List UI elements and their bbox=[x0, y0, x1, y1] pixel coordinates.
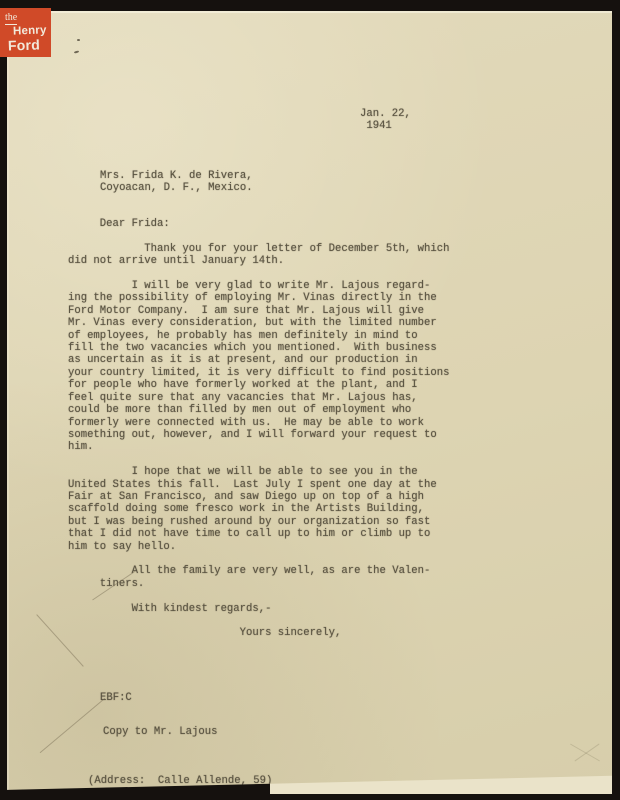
letter-paper: Jan. 22, 1941 Mrs. Frida K. de Rivera, C… bbox=[7, 11, 612, 793]
logo-word-ford: Ford bbox=[8, 36, 40, 53]
logo-word-henry: Henry bbox=[13, 24, 47, 37]
logo-word-the: the bbox=[5, 13, 17, 25]
ink-speck bbox=[77, 39, 80, 41]
recipient-address: Mrs. Frida K. de Rivera, Coyoacan, D. F.… bbox=[100, 170, 253, 195]
copy-notation: Copy to Mr. Lajous bbox=[103, 726, 217, 738]
the-henry-ford-logo: the Henry Ford bbox=[0, 8, 51, 57]
letter-date: Jan. 22, 1941 bbox=[360, 108, 411, 133]
recipient-street-address-note: (Address: Calle Allende, 59) bbox=[88, 775, 272, 787]
